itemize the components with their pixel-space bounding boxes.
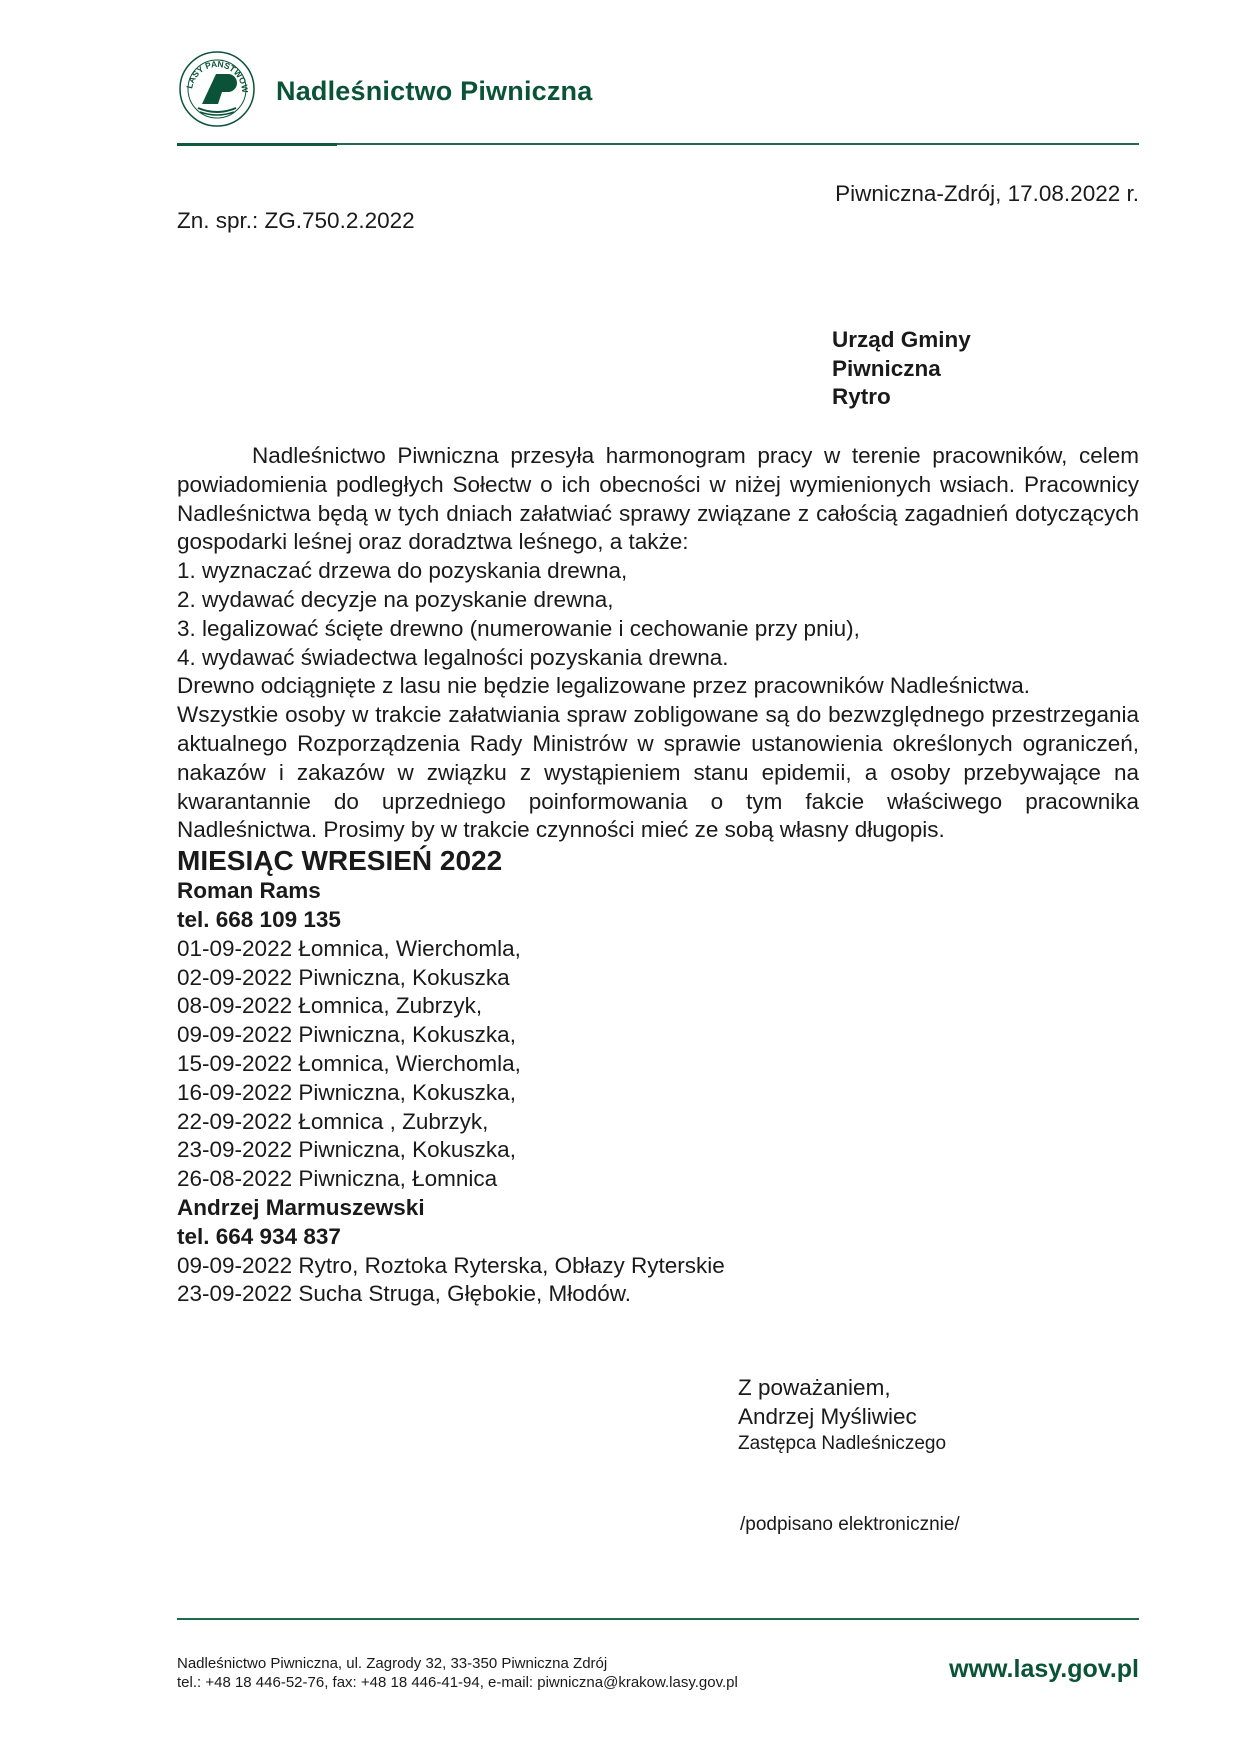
footer-contact: Nadleśnictwo Piwniczna, ul. Zagrody 32, …: [177, 1654, 738, 1692]
reference-number: Zn. spr.: ZG.750.2.2022: [177, 208, 415, 234]
footer-address: Nadleśnictwo Piwniczna, ul. Zagrody 32, …: [177, 1654, 738, 1673]
footer-divider: [177, 1618, 1139, 1620]
schedule-entry: 08-09-2022 Łomnica, Zubrzyk,: [177, 992, 1139, 1021]
schedule-entry: 22-09-2022 Łomnica , Zubrzyk,: [177, 1108, 1139, 1137]
signature-block: Z poważaniem, Andrzej Myśliwiec Zastępca…: [738, 1373, 946, 1457]
schedule-entry: 09-09-2022 Rytro, Roztoka Ryterska, Obła…: [177, 1252, 1139, 1281]
task-item: 3. legalizować ścięte drewno (numerowani…: [177, 615, 1139, 644]
organization-title: Nadleśnictwo Piwniczna: [276, 76, 592, 107]
employee-schedule: Roman Rams tel. 668 109 135 01-09-2022 Ł…: [177, 877, 1139, 1194]
signatory-role: Zastępca Nadleśniczego: [738, 1431, 946, 1457]
closing: Z poważaniem,: [738, 1373, 946, 1402]
intro-paragraph: Nadleśnictwo Piwniczna przesyła harmonog…: [177, 442, 1139, 557]
employee-name: Andrzej Marmuszewski: [177, 1194, 1139, 1223]
covid-notice-paragraph: Wszystkie osoby w trakcie załatwiania sp…: [177, 701, 1139, 845]
schedule-entry: 02-09-2022 Piwniczna, Kokuszka: [177, 964, 1139, 993]
task-item: 4. wydawać świadectwa legalności pozyska…: [177, 644, 1139, 673]
electronic-signature-note: /podpisano elektronicznie/: [740, 1514, 960, 1536]
recipient-line: Piwniczna: [832, 355, 971, 384]
schedule-entry: 16-09-2022 Piwniczna, Kokuszka,: [177, 1079, 1139, 1108]
recipient-address: Urząd Gminy Piwniczna Rytro: [832, 326, 971, 412]
employee-phone: tel. 668 109 135: [177, 906, 1139, 935]
schedule-entry: 26-08-2022 Piwniczna, Łomnica: [177, 1165, 1139, 1194]
signatory-name: Andrzej Myśliwiec: [738, 1402, 946, 1431]
employee-name: Roman Rams: [177, 877, 1139, 906]
schedule-entry: 01-09-2022 Łomnica, Wierchomla,: [177, 935, 1139, 964]
schedule-entry: 09-09-2022 Piwniczna, Kokuszka,: [177, 1021, 1139, 1050]
lasy-panstwowe-logo-icon: LASY PAŃSTWOWE: [178, 50, 256, 128]
schedule-entry: 23-09-2022 Piwniczna, Kokuszka,: [177, 1136, 1139, 1165]
schedule-entry: 23-09-2022 Sucha Struga, Głębokie, Młodó…: [177, 1280, 1139, 1309]
employee-phone: tel. 664 934 837: [177, 1223, 1139, 1252]
schedule-month-heading: MIESIĄC WRESIEŃ 2022: [177, 845, 1139, 877]
employee-schedule: Andrzej Marmuszewski tel. 664 934 837 09…: [177, 1194, 1139, 1309]
recipient-line: Urząd Gminy: [832, 326, 971, 355]
place-date: Piwniczna-Zdrój, 17.08.2022 r.: [835, 181, 1139, 207]
recipient-line: Rytro: [832, 383, 971, 412]
letter-body: Nadleśnictwo Piwniczna przesyła harmonog…: [177, 442, 1139, 1309]
website-link[interactable]: www.lasy.gov.pl: [949, 1655, 1139, 1684]
task-item: 2. wydawać decyzje na pozyskanie drewna,: [177, 586, 1139, 615]
task-item: 1. wyznaczać drzewa do pozyskania drewna…: [177, 557, 1139, 586]
note-paragraph: Drewno odciągnięte z lasu nie będzie leg…: [177, 672, 1139, 701]
footer-phone-email: tel.: +48 18 446-52-76, fax: +48 18 446-…: [177, 1673, 738, 1692]
schedule-entry: 15-09-2022 Łomnica, Wierchomla,: [177, 1050, 1139, 1079]
header-divider-accent: [177, 143, 337, 146]
